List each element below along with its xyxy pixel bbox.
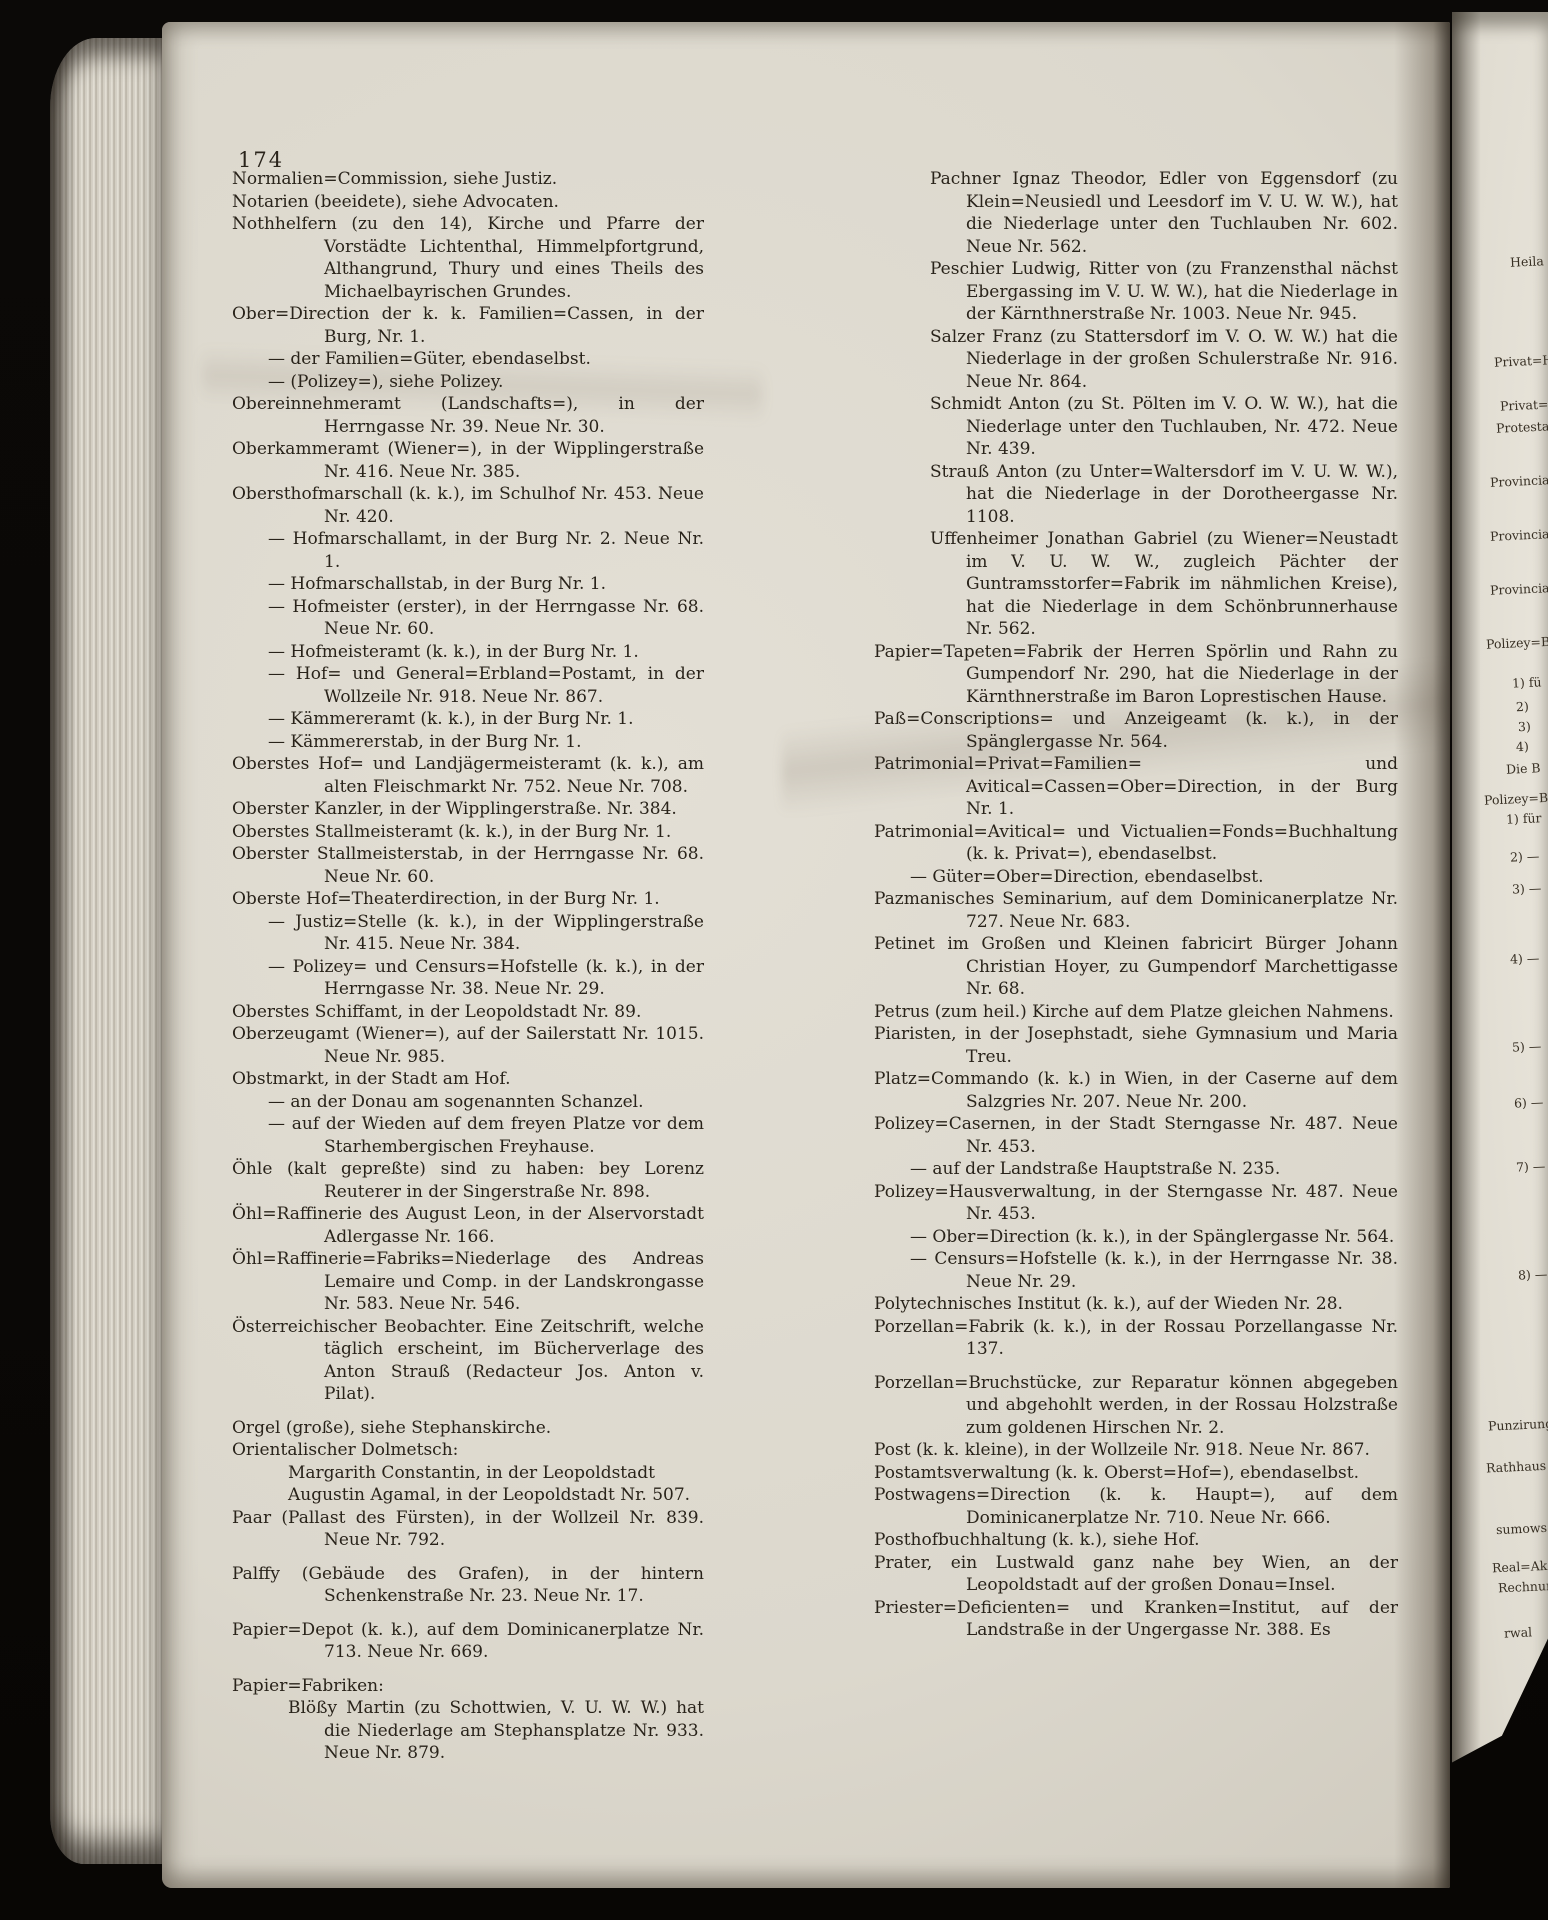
- directory-entry: Notarien (beeidete), siehe Advocaten.: [232, 191, 704, 214]
- facing-page-text-fragment: Die B: [1506, 761, 1541, 776]
- facing-page-text-fragment: rwal: [1504, 1625, 1533, 1640]
- directory-entry: Obereinnehmeramt (Landschafts=), in der …: [232, 393, 704, 438]
- facing-page-text-fragment: Provincial=Z: [1490, 580, 1548, 598]
- directory-entry: Oberstes Stallmeisteramt (k. k.), in der…: [232, 821, 704, 844]
- gutter-shadow: [1394, 22, 1450, 1888]
- directory-entry: Margarith Constantin, in der Leopoldstad…: [232, 1462, 704, 1485]
- directory-entry: Oberster Kanzler, in der Wipplingerstraß…: [232, 798, 704, 821]
- directory-entry: Öhl=Raffinerie des August Leon, in der A…: [232, 1203, 704, 1248]
- directory-entry: — Censurs=Hofstelle (k. k.), in der Herr…: [874, 1248, 1398, 1293]
- directory-entry: Porzellan=Fabrik (k. k.), in der Rossau …: [874, 1316, 1398, 1361]
- facing-page-text-fragment: 1) für: [1506, 811, 1542, 827]
- facing-page-text-fragment: sumows: [1496, 1521, 1548, 1537]
- facing-page-text-fragment: Polizey=Bez: [1484, 790, 1548, 807]
- directory-entry: Österreichischer Beobachter. Eine Zeitsc…: [232, 1316, 704, 1406]
- directory-entry: Postwagens=Direction (k. k. Haupt=), auf…: [874, 1484, 1398, 1529]
- directory-entry: Oberstes Schiffamt, in der Leopoldstadt …: [232, 1001, 704, 1024]
- facing-page-text-fragment: Punzirungs: [1488, 1416, 1548, 1433]
- directory-entry: — Ober=Direction (k. k.), in der Spängle…: [874, 1226, 1398, 1249]
- directory-entry: Obersthofmarschall (k. k.), im Schulhof …: [232, 483, 704, 528]
- facing-page-text-fragment: Protestanten: [1496, 418, 1548, 436]
- directory-entry: Oberzeugamt (Wiener=), auf der Sailersta…: [232, 1023, 704, 1068]
- directory-entry: Platz=Commando (k. k.) in Wien, in der C…: [874, 1068, 1398, 1113]
- directory-entry: Paar (Pallast des Fürsten), in der Wollz…: [232, 1507, 704, 1552]
- directory-entry: — Kämmereramt (k. k.), in der Burg Nr. 1…: [232, 708, 704, 731]
- facing-page-text-fragment: 2): [1516, 700, 1529, 715]
- directory-entry: — auf der Landstraße Hauptstraße N. 235.: [874, 1158, 1398, 1181]
- facing-page-text-fragment: Rathhaus (: [1486, 1459, 1548, 1476]
- directory-entry: — Hof= und General=Erbland=Postamt, in d…: [232, 663, 704, 708]
- directory-entry: — Polizey= und Censurs=Hofstelle (k. k.)…: [232, 956, 704, 1001]
- directory-entry: — auf der Wieden auf dem freyen Platze v…: [232, 1113, 704, 1158]
- directory-entry: Piaristen, in der Josephstadt, siehe Gym…: [874, 1023, 1398, 1068]
- directory-entry: Pazmanisches Seminarium, auf dem Dominic…: [874, 888, 1398, 933]
- directory-entry: Schmidt Anton (zu St. Pölten im V. O. W.…: [874, 393, 1398, 461]
- directory-entry: Öhl=Raffinerie=Fabriks=Niederlage des An…: [232, 1248, 704, 1316]
- directory-entry: Oberster Stallmeisterstab, in der Herrng…: [232, 843, 704, 888]
- directory-entry: — Hofmeister (erster), in der Herrngasse…: [232, 596, 704, 641]
- directory-entry: Oberste Hof=Theaterdirection, in der Bur…: [232, 888, 704, 911]
- main-page: 174 Normalien=Commission, siehe Justiz.N…: [162, 22, 1450, 1888]
- directory-entry: Polizey=Hausverwaltung, in der Sterngass…: [874, 1181, 1398, 1226]
- facing-page-text-fragment: Real=Aka: [1492, 1559, 1548, 1576]
- facing-page-text-fragment: 4): [1516, 740, 1529, 755]
- facing-page-text-fragment: 3): [1518, 720, 1531, 735]
- right-column: Pachner Ignaz Theodor, Edler von Eggensd…: [874, 168, 1398, 1642]
- directory-entry: Papier=Fabriken:: [232, 1675, 704, 1698]
- directory-entry: Papier=Tapeten=Fabrik der Herren Spörlin…: [874, 641, 1398, 709]
- directory-entry: Orientalischer Dolmetsch:: [232, 1439, 704, 1462]
- directory-entry: Strauß Anton (zu Unter=Waltersdorf im V.…: [874, 461, 1398, 529]
- facing-page-text-fragment: Polizey=Bez: [1486, 634, 1548, 651]
- facing-page-text-fragment: Provincial=C: [1490, 526, 1548, 544]
- directory-entry: Priester=Deficienten= und Kranken=Instit…: [874, 1597, 1398, 1642]
- facing-page-text-fragment: 1) fü: [1512, 675, 1542, 690]
- directory-entry: — Hofmarschallstab, in der Burg Nr. 1.: [232, 573, 704, 596]
- left-column: Normalien=Commission, siehe Justiz.Notar…: [232, 168, 704, 1765]
- facing-page-text-fragment: Privat=Insti: [1500, 396, 1548, 413]
- facing-page-text-fragment: 3) —: [1512, 881, 1542, 896]
- directory-entry: Post (k. k. kleine), in der Wollzeile Nr…: [874, 1439, 1398, 1462]
- directory-entry: — an der Donau am sogenannten Schanzel.: [232, 1091, 704, 1114]
- directory-entry: Postamtsverwaltung (k. k. Oberst=Hof=), …: [874, 1462, 1398, 1485]
- directory-entry: Polizey=Casernen, in der Stadt Sterngass…: [874, 1113, 1398, 1158]
- facing-page-text-fragment: Privat=Heila: [1494, 352, 1548, 370]
- directory-entry: Papier=Depot (k. k.), auf dem Dominicane…: [232, 1619, 704, 1664]
- directory-entry: Blößy Martin (zu Schottwien, V. U. W. W.…: [232, 1697, 704, 1765]
- directory-entry: Patrimonial=Avitical= und Victualien=Fon…: [874, 821, 1398, 866]
- directory-entry: Uffenheimer Jonathan Gabriel (zu Wiener=…: [874, 528, 1398, 641]
- directory-entry: Prater, ein Lustwald ganz nahe bey Wien,…: [874, 1552, 1398, 1597]
- directory-entry: Oberstes Hof= und Landjägermeisteramt (k…: [232, 753, 704, 798]
- directory-entry: — der Familien=Güter, ebendaselbst.: [232, 348, 704, 371]
- directory-entry: Peschier Ludwig, Ritter von (zu Franzens…: [874, 258, 1398, 326]
- facing-page-text-fragment: Heila: [1510, 254, 1544, 269]
- directory-entry: Pachner Ignaz Theodor, Edler von Eggensd…: [874, 168, 1398, 258]
- directory-entry: Öhle (kalt gepreßte) sind zu haben: bey …: [232, 1158, 704, 1203]
- directory-entry: Patrimonial=Privat=Familien= und Avitica…: [874, 753, 1398, 821]
- directory-entry: Paß=Conscriptions= und Anzeigeamt (k. k.…: [874, 708, 1398, 753]
- directory-entry: Oberkammeramt (Wiener=), in der Wippling…: [232, 438, 704, 483]
- directory-entry: — Justiz=Stelle (k. k.), in der Wippling…: [232, 911, 704, 956]
- directory-entry: — Hofmarschallamt, in der Burg Nr. 2. Ne…: [232, 528, 704, 573]
- directory-entry: Posthofbuchhaltung (k. k.), siehe Hof.: [874, 1529, 1398, 1552]
- directory-entry: Petinet im Großen und Kleinen fabricirt …: [874, 933, 1398, 1001]
- facing-page-text-fragment: 7) —: [1516, 1159, 1546, 1174]
- directory-entry: Porzellan=Bruchstücke, zur Reparatur kön…: [874, 1372, 1398, 1440]
- directory-entry: Ober=Direction der k. k. Familien=Cassen…: [232, 303, 704, 348]
- directory-entry: — Güter=Ober=Direction, ebendaselbst.: [874, 866, 1398, 889]
- facing-page-edge: HeilaPrivat=HeilaPrivat=InstiProtestante…: [1452, 12, 1548, 1780]
- facing-page-text-fragment: 4) —: [1510, 951, 1540, 966]
- directory-entry: Petrus (zum heil.) Kirche auf dem Platze…: [874, 1001, 1398, 1024]
- facing-page-text-fragment: 6) —: [1514, 1095, 1544, 1110]
- directory-entry: Obstmarkt, in der Stadt am Hof.: [232, 1068, 704, 1091]
- directory-entry: — (Polizey=), siehe Polizey.: [232, 371, 704, 394]
- facing-page-text-fragment: 8) —: [1518, 1267, 1548, 1282]
- facing-page-text-fragment: Provincial=C: [1490, 472, 1548, 490]
- directory-entry: Salzer Franz (zu Stattersdorf im V. O. W…: [874, 326, 1398, 394]
- directory-entry: Normalien=Commission, siehe Justiz.: [232, 168, 704, 191]
- directory-entry: Polytechnisches Institut (k. k.), auf de…: [874, 1293, 1398, 1316]
- directory-entry: Palffy (Gebäude des Grafen), in der hint…: [232, 1563, 704, 1608]
- directory-entry: Orgel (große), siehe Stephanskirche.: [232, 1417, 704, 1440]
- facing-page-text-fragment: Rechnung: [1498, 1579, 1548, 1596]
- directory-entry: — Hofmeisteramt (k. k.), in der Burg Nr.…: [232, 641, 704, 664]
- directory-entry: Nothhelfern (zu den 14), Kirche und Pfar…: [232, 213, 704, 303]
- page-stack-fore-edge: [50, 38, 168, 1864]
- directory-entry: Augustin Agamal, in der Leopoldstadt Nr.…: [232, 1484, 704, 1507]
- facing-page-text-fragment: 5) —: [1512, 1039, 1542, 1054]
- facing-page-text-fragment: 2) —: [1510, 849, 1540, 864]
- directory-entry: — Kämmererstab, in der Burg Nr. 1.: [232, 731, 704, 754]
- book-photo: 174 Normalien=Commission, siehe Justiz.N…: [0, 0, 1548, 1920]
